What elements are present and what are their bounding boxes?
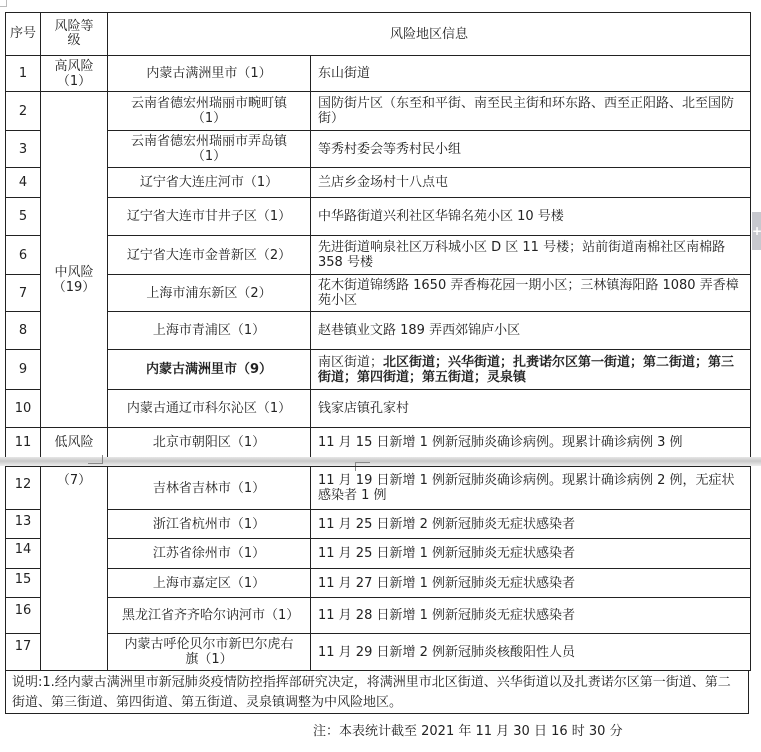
- risk-table-page-2: 12 （7） 吉林省吉林市（1） 11 月 19 日新增 1 例新冠肺炎确诊病例…: [5, 466, 751, 671]
- table-row: 6 辽宁省大连市金普新区（2） 先进街道响泉社区万科城小区 D 区 11 号楼；…: [6, 236, 751, 275]
- header-index: 序号: [6, 13, 41, 56]
- area-detail: 花木街道锦绣路 1650 弄香梅花园一期小区；三林镇海阳路 1080 弄香樟苑小…: [311, 275, 751, 312]
- risk-level-low-cont: （7）: [41, 467, 108, 671]
- table-header-row: 序号 风险等级 风险地区信息: [6, 13, 751, 56]
- risk-level-medium-label: 中风险（19）: [53, 265, 96, 295]
- table-row: 8 上海市青浦区（1） 赵巷镇业文路 189 弄西郊锦庐小区: [6, 312, 751, 350]
- row-index: 4: [6, 168, 41, 198]
- area-name: 辽宁省大连市金普新区（2）: [108, 236, 311, 275]
- area-name: 上海市嘉定区（1）: [108, 569, 311, 598]
- page-corner-mark: [0, 0, 7, 7]
- table-row: 2 中风险（19） 云南省德宏州瑞丽市畹町镇（1） 国防街片区（东至和平街、南至…: [6, 92, 751, 131]
- area-name: 辽宁省大连市甘井子区（1）: [108, 198, 311, 236]
- header-level: 风险等级: [41, 13, 108, 56]
- row-index: 11: [6, 428, 41, 458]
- risk-level-low: 低风险: [41, 428, 108, 458]
- area-detail: 国防街片区（东至和平街、南至民主街和环东路、西至正阳路、北至国防街）: [311, 92, 751, 131]
- risk-level-high: 高风险（1）: [41, 56, 108, 92]
- crop-mark: [88, 455, 103, 464]
- table-row: 7 上海市浦东新区（2） 花木街道锦绣路 1650 弄香梅花园一期小区；三林镇海…: [6, 275, 751, 312]
- row-index: 17: [6, 634, 41, 671]
- area-detail: 中华路街道兴利社区华锦名苑小区 10 号楼: [311, 198, 751, 236]
- table-row: 11 低风险 北京市朝阳区（1） 11 月 15 日新增 1 例新冠肺炎确诊病例…: [6, 428, 751, 458]
- area-name: 上海市青浦区（1）: [108, 312, 311, 350]
- area-detail: 兰店乡金场村十八点屯: [311, 168, 751, 198]
- area-detail: 11 月 19 日新增 1 例新冠肺炎确诊病例。现累计确诊病例 2 例，无症状感…: [311, 467, 751, 510]
- risk-level-low-count: （7）: [57, 473, 91, 488]
- row-index: 7: [6, 275, 41, 312]
- table-row: 3 云南省德宏州瑞丽市弄岛镇（1） 等秀村委会等秀村民小组: [6, 131, 751, 168]
- area-name: 江苏省徐州市（1）: [108, 539, 311, 569]
- area-name: 黑龙江省齐齐哈尔讷河市（1）: [108, 598, 311, 634]
- area-detail-plain: 南区街道；: [318, 355, 383, 370]
- area-detail: 赵巷镇业文路 189 弄西郊锦庐小区: [311, 312, 751, 350]
- table-row: 15 上海市嘉定区（1） 11 月 27 日新增 1 例新冠肺炎无症状感染者: [6, 569, 751, 598]
- area-name: 浙江省杭州市（1）: [108, 510, 311, 539]
- table-row: 10 内蒙古通辽市科尔沁区（1） 钱家店镇孔家村: [6, 390, 751, 428]
- area-name: 上海市浦东新区（2）: [108, 275, 311, 312]
- table-row: 1 高风险（1） 内蒙古满洲里市（1） 东山街道: [6, 56, 751, 92]
- expand-plus-button[interactable]: +: [752, 212, 761, 250]
- area-detail: 11 月 25 日新增 1 例新冠肺炎无症状感染者: [311, 539, 751, 569]
- table-row: 12 （7） 吉林省吉林市（1） 11 月 19 日新增 1 例新冠肺炎确诊病例…: [6, 467, 751, 510]
- header-info: 风险地区信息: [108, 13, 751, 56]
- explanation-note: 说明:1.经内蒙古满洲里市新冠肺炎疫情防控指挥部研究决定，将满洲里市北区街道、兴…: [5, 670, 749, 714]
- area-detail: 钱家店镇孔家村: [311, 390, 751, 428]
- area-detail: 东山街道: [311, 56, 751, 92]
- area-detail: 11 月 27 日新增 1 例新冠肺炎无症状感染者: [311, 569, 751, 598]
- explanation-text: 说明:1.经内蒙古满洲里市新冠肺炎疫情防控指挥部研究决定，将满洲里市北区街道、兴…: [12, 675, 731, 710]
- row-index: 5: [6, 198, 41, 236]
- row-index: 14: [6, 539, 41, 569]
- row-index: 2: [6, 92, 41, 131]
- table-row: 5 辽宁省大连市甘井子区（1） 中华路街道兴利社区华锦名苑小区 10 号楼: [6, 198, 751, 236]
- area-name: 云南省德宏州瑞丽市畹町镇（1）: [108, 92, 311, 131]
- area-name: 内蒙古满洲里市（1）: [108, 56, 311, 92]
- area-detail: 11 月 28 日新增 1 例新冠肺炎无症状感染者: [311, 598, 751, 634]
- row-index: 13: [6, 510, 41, 539]
- area-name: 内蒙古满洲里市（9）: [108, 350, 311, 390]
- row-index: 10: [6, 390, 41, 428]
- row-index: 12: [6, 467, 41, 510]
- area-name: 内蒙古通辽市科尔沁区（1）: [108, 390, 311, 428]
- row-index: 1: [6, 56, 41, 92]
- area-detail: 11 月 25 日新增 2 例新冠肺炎无症状感染者: [311, 510, 751, 539]
- area-detail: 南区街道；北区街道；兴华街道；扎赉诺尔区第一街道；第二街道；第三街道；第四街道；…: [311, 350, 751, 390]
- footer-note: 注：本表统计截至 2021 年 11 月 30 日 16 时 30 分: [313, 720, 623, 739]
- area-name: 云南省德宏州瑞丽市弄岛镇（1）: [108, 131, 311, 168]
- table-row: 16 黑龙江省齐齐哈尔讷河市（1） 11 月 28 日新增 1 例新冠肺炎无症状…: [6, 598, 751, 634]
- row-index: 9: [6, 350, 41, 390]
- page-break: [0, 457, 761, 466]
- area-name: 内蒙古呼伦贝尔市新巴尔虎右旗（1）: [108, 634, 311, 671]
- area-detail: 等秀村委会等秀村民小组: [311, 131, 751, 168]
- area-name: 吉林省吉林市（1）: [108, 467, 311, 510]
- row-index: 6: [6, 236, 41, 275]
- area-name: 辽宁省大连庄河市（1）: [108, 168, 311, 198]
- risk-table-page-1: 序号 风险等级 风险地区信息 1 高风险（1） 内蒙古满洲里市（1） 东山街道 …: [5, 12, 751, 458]
- table-row: 17 内蒙古呼伦贝尔市新巴尔虎右旗（1） 11 月 29 日新增 2 例新冠肺炎…: [6, 634, 751, 671]
- row-index: 8: [6, 312, 41, 350]
- table-row: 4 辽宁省大连庄河市（1） 兰店乡金场村十八点屯: [6, 168, 751, 198]
- area-name: 北京市朝阳区（1）: [108, 428, 311, 458]
- table-row: 14 江苏省徐州市（1） 11 月 25 日新增 1 例新冠肺炎无症状感染者: [6, 539, 751, 569]
- area-detail: 先进街道响泉社区万科城小区 D 区 11 号楼；站前街道南棉社区南棉路 358 …: [311, 236, 751, 275]
- table-row: 13 浙江省杭州市（1） 11 月 25 日新增 2 例新冠肺炎无症状感染者: [6, 510, 751, 539]
- row-index: 16: [6, 598, 41, 634]
- row-index: 3: [6, 131, 41, 168]
- risk-level-medium: 中风险（19）: [41, 92, 108, 428]
- table-row: 9 内蒙古满洲里市（9） 南区街道；北区街道；兴华街道；扎赉诺尔区第一街道；第二…: [6, 350, 751, 390]
- row-index: 15: [6, 569, 41, 598]
- area-detail: 11 月 29 日新增 2 例新冠肺炎核酸阳性人员: [311, 634, 751, 671]
- area-detail: 11 月 15 日新增 1 例新冠肺炎确诊病例。现累计确诊病例 3 例: [311, 428, 751, 458]
